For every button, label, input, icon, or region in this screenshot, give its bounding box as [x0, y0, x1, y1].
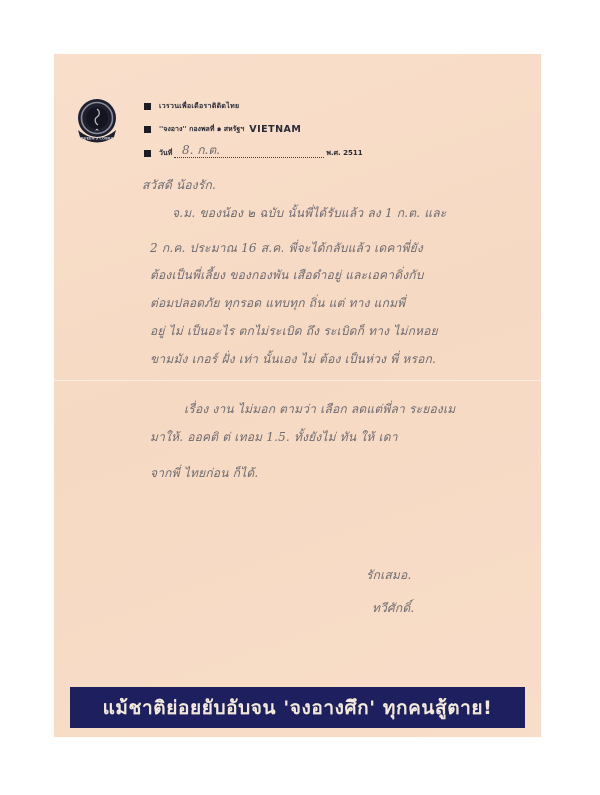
letter-line: จากพี่ ไทยก่อน ก็ได้. — [150, 464, 258, 483]
paper-fold-line — [54, 380, 541, 381]
letterhead-line-location: ''จงอาง'' กองพลที่ ๑ สหรัฐฯ VIETNAM — [144, 124, 301, 135]
letter-line: 2 ก.ค. ประมาณ 16 ส.ค. พี่จะได้กลับแล้ว เ… — [150, 239, 423, 258]
letterhead-line-date: วันที่ พ.ศ. 2511 — [144, 148, 363, 159]
queens-cobra-emblem-icon: QUEEN'S COBRA — [74, 96, 120, 146]
letter-line: มาให้. ออคติ ต่ เทอม 1.5. ทั้งยังไม่ ทัน… — [150, 428, 398, 447]
year-label: พ.ศ. 2511 — [326, 148, 362, 159]
date-label: วันที่ — [159, 148, 172, 159]
letter-line: ขามมัง เกอร์ ฝั่ง เท่า นั้นเอง ไม่ ต้อง … — [150, 350, 436, 369]
division-name: ''จงอาง'' กองพลที่ ๑ สหรัฐฯ — [159, 124, 244, 135]
handwritten-date: 8. ก.ต. — [182, 141, 220, 160]
country-name: VIETNAM — [249, 124, 301, 135]
letter-line: ต่อมปลอดภัย ทุกรอด แทบทุก ถิ่น แต่ ทาง แ… — [150, 294, 405, 313]
slogan-text: แม้ชาติย่อยยับอับจน 'จงอางศึก' ทุกคนสู้ต… — [103, 693, 493, 723]
slogan-banner: แม้ชาติย่อยยับอับจน 'จงอางศึก' ทุกคนสู้ต… — [70, 687, 525, 728]
letter-closing: รักเสมอ. — [366, 566, 411, 585]
letter-line: จ.ม. ของน้อง ๒ ฉบับ นั้นพี่ได้รับแล้ว ลง… — [172, 204, 446, 223]
bullet-square-icon — [144, 150, 151, 157]
letter-paper: QUEEN'S COBRA เวรวนเพื่อเดือราติดิดไทย '… — [54, 54, 541, 737]
letter-signature: ทวีศักดิ์. — [372, 599, 414, 618]
bullet-square-icon — [144, 126, 151, 133]
unit-name: เวรวนเพื่อเดือราติดิดไทย — [159, 101, 239, 112]
letter-line: เรื่อง งาน ไม่มอก ตามว่า เลือก ลดแต่พี่ล… — [184, 400, 455, 419]
letter-greeting: สวัสดี น้องรัก. — [142, 176, 216, 195]
letterhead-line-unit: เวรวนเพื่อเดือราติดิดไทย — [144, 101, 239, 112]
letter-line: ต้องเป็นพี่เลี้ยง ของกองพัน เสือดำอยู่ แ… — [150, 266, 424, 285]
bullet-square-icon — [144, 103, 151, 110]
svg-text:QUEEN'S COBRA: QUEEN'S COBRA — [81, 137, 114, 141]
letter-line: อยู่ ไม่ เป็นอะไร ตกไม่ระเบิด ถึง ระเบิด… — [150, 322, 438, 341]
